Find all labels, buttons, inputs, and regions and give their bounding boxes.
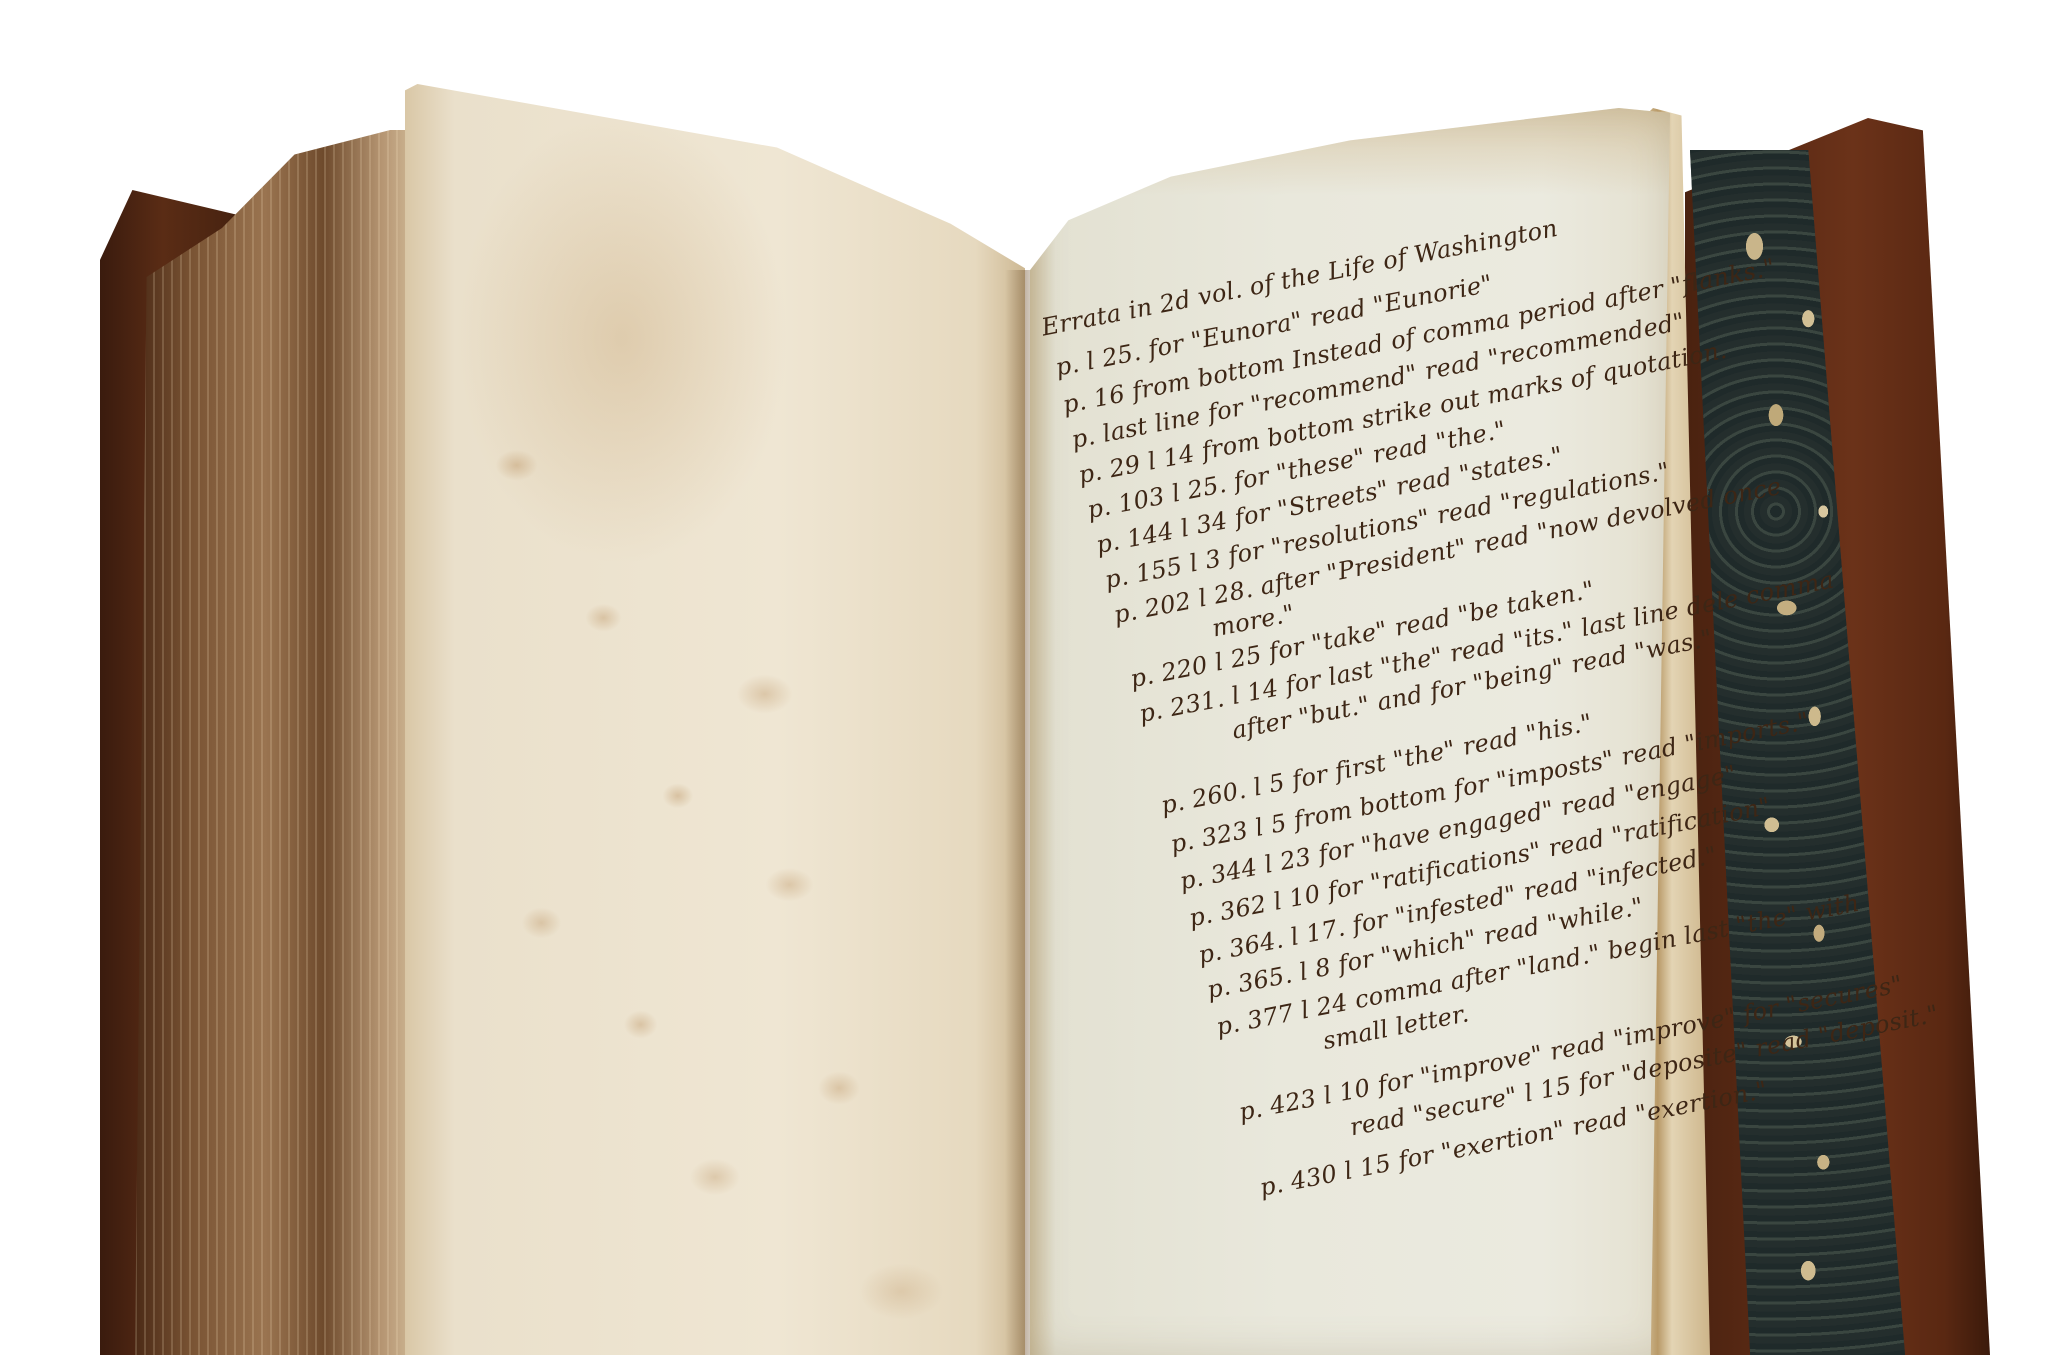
left-fore-edge-pages <box>135 130 425 1355</box>
book-photo: Errata in 2d vol. of the Life of Washing… <box>0 0 2048 1355</box>
left-page-blank-foxed <box>405 84 1025 1355</box>
